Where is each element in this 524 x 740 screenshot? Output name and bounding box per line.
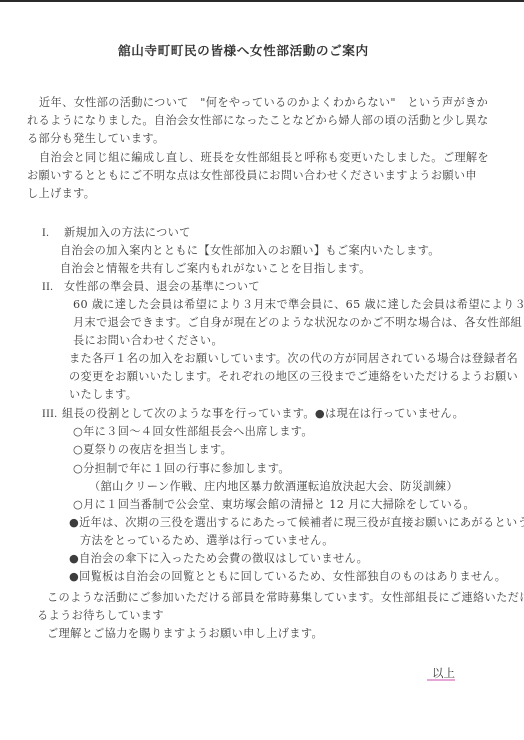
intro-para2-line3: し上げます。	[27, 187, 95, 201]
section-2-numeral: II.	[42, 280, 64, 294]
intro-para2-line1: 自治会と同じ組に編成し直し、班長を女性部組長と呼称も変更いたしました。ご理解を	[39, 151, 489, 165]
scan-top-border	[0, 0, 524, 2]
section-3-numeral: III.	[42, 407, 62, 421]
closing-line1: このような活動にご参加いただける部員を常時募集しています。女性部組長にご連絡いた…	[47, 591, 524, 605]
closing-line3: ご理解とご協力を賜りますようお願い申し上げます。	[47, 627, 323, 641]
section-3-item: ●近年は、次期の三役を選出するにあたって候補者に現三役が直接お願いにあがるという	[69, 516, 524, 530]
section-3-heading: III.組長の役割として次のような事を行っています。●は現在は行っていません。	[42, 407, 464, 421]
section-3-item: ○夏祭りの夜店を担当します。	[73, 443, 232, 457]
section-3-item: ○月に１回当番制で公会堂、東坊塚会館の清掃と 12 月に大掃除をしている。	[73, 498, 475, 512]
section-3-item: ●自治会の傘下に入ったため会費の徴収はしていません。	[69, 552, 368, 566]
section-2-heading-text: 女性部の準会員、退会の基準について	[64, 280, 260, 293]
section-1-numeral: I.	[42, 226, 64, 240]
section-3-item: ●回覧板は自治会の回覧とともに回しているため、女性部独自のものはありません。	[69, 570, 506, 584]
section-3-item-continuation: 方法をとっているため、選挙は行っていません。	[80, 534, 334, 548]
section-3-item: ○年に３回～４回女性部組長会へ出席します。	[73, 425, 313, 439]
intro-para1-line2: れるようになりました。自治会女性部になったことなどから婦人部の頃の活動と少し異な	[27, 114, 489, 128]
end-mark-highlight	[427, 679, 455, 681]
section-3-item-detail: （舘山クリーン作戦、庄内地区暴力飲酒運転追放決起大会、防災訓練）	[89, 480, 458, 494]
section-1-line: 自治会と情報を共有しご案内もれがないことを目指します。	[60, 262, 371, 276]
section-1-line: 自治会の加入案内とともに【女性部加入のお願い】もご案内いたします。	[60, 244, 440, 258]
section-2-line: また各戸１名の加入をお願いしています。次の代の方が同居されている場合は登録者名	[69, 352, 518, 366]
intro-para1-line3: る部分も発生しています。	[27, 132, 165, 146]
section-2-line: いたします。	[69, 388, 137, 402]
section-2-line: 長にお問い合わせください。	[73, 334, 223, 348]
section-3-heading-text: 組長の役割として次のような事を行っています。●は現在は行っていません。	[62, 407, 464, 420]
section-3-item: ○分担制で年に１回の行事に参加します。	[73, 462, 290, 476]
intro-para2-line2: お願いするとともにご不明な点は女性部役員にお問い合わせくださいますようお願い申	[27, 169, 477, 183]
section-2-line: 60 歳に達した会員は希望により３月末で準会員に、65 歳に達した会員は希望によ…	[73, 298, 524, 312]
section-1-heading-text: 新規加入の方法について	[64, 226, 191, 239]
section-2-line: 月末で退会できます。ご自身が現在どのような状況なのかご不明な場合は、各女性部組	[73, 316, 522, 330]
document-title: 舘山寺町町民の皆様へ女性部活動のご案内	[118, 40, 369, 59]
section-2-heading: II.女性部の準会員、退会の基準について	[42, 280, 260, 294]
section-1-heading: I.新規加入の方法について	[42, 226, 191, 240]
intro-para1-line1: 近年、女性部の活動について "何をやっているのかよくわからない" という声がきか	[39, 96, 488, 110]
closing-line2: るようお待ちしています	[37, 609, 164, 623]
section-2-line: の変更をお願いいたします。それぞれの地区の三役までご連絡をいただけるようお願い	[69, 370, 518, 384]
